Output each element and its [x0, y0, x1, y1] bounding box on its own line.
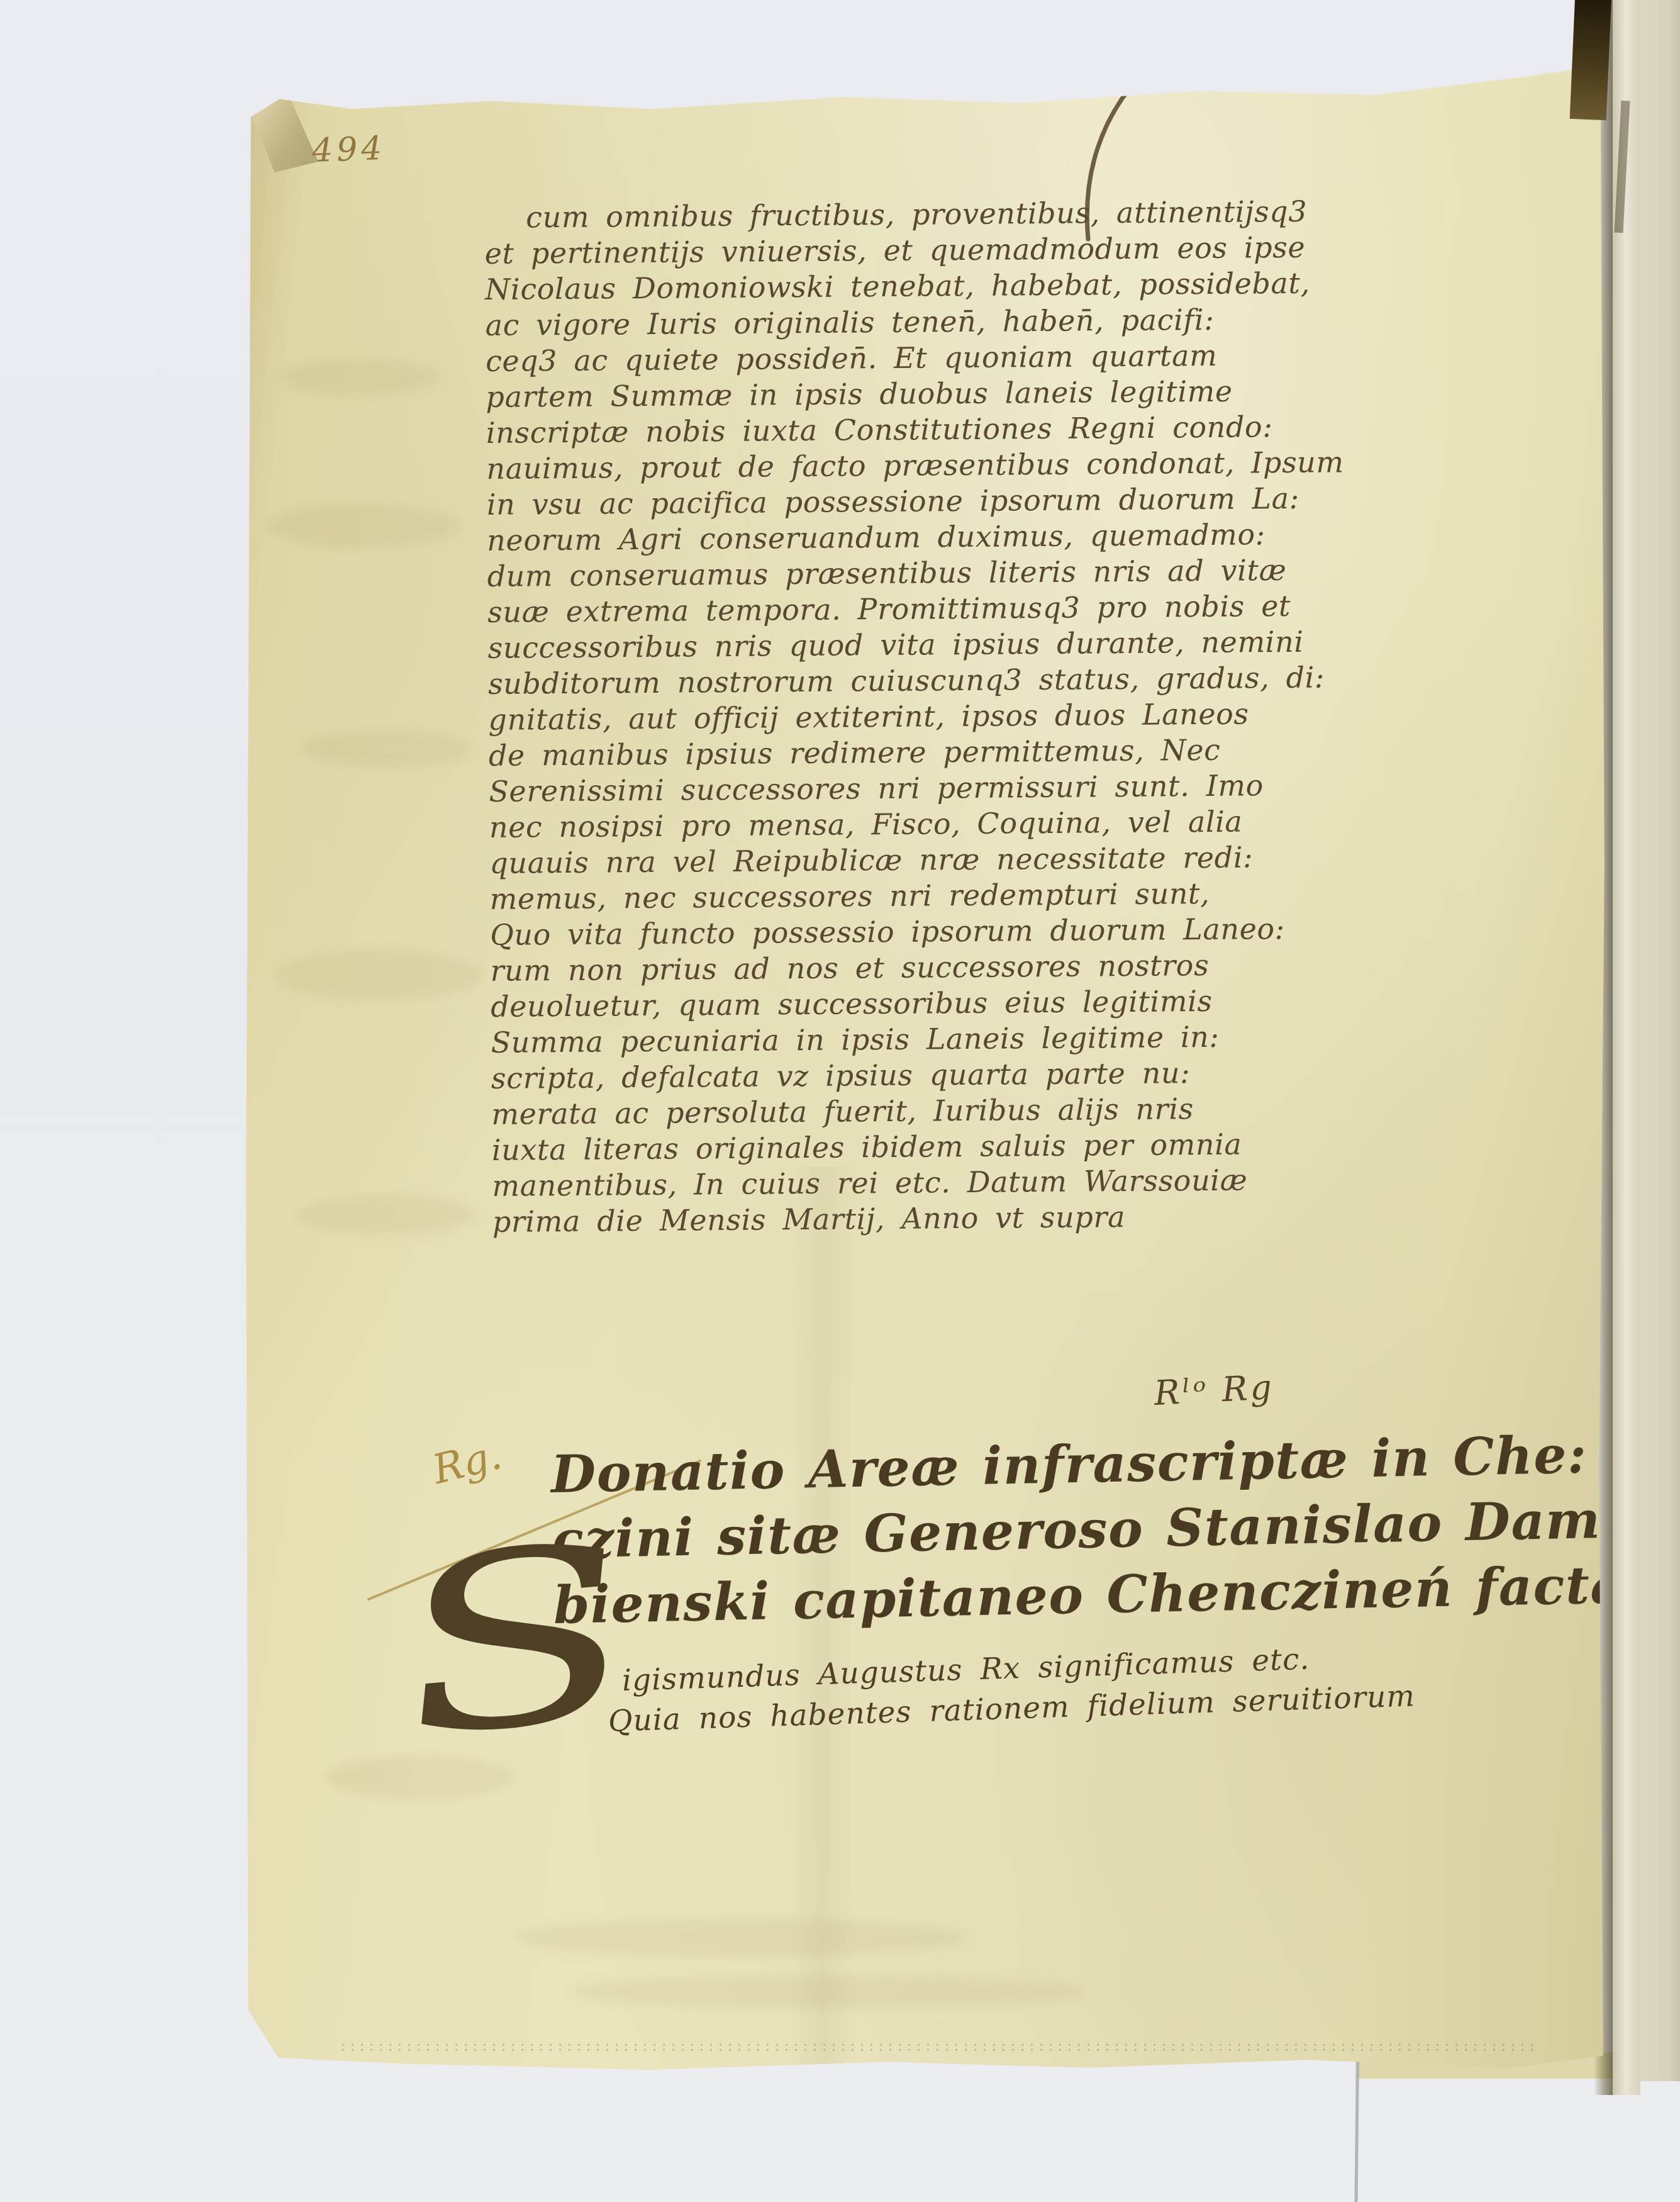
- bottom-edge-speckles: [338, 2042, 1533, 2051]
- folded-corner: [248, 96, 318, 172]
- bleedthrough-smudge: [275, 950, 483, 1000]
- bleedthrough-smudge: [298, 1195, 474, 1234]
- body-text: cum omnibus fructibus, proventibus, atti…: [484, 191, 1599, 1240]
- bleedthrough-smudge: [279, 359, 442, 396]
- facing-page-edge: [1640, 0, 1680, 2081]
- bleedthrough-smudge: [301, 730, 470, 768]
- bleedthrough-smudge: [515, 1919, 967, 1957]
- glass-edge-highlight: [1613, 0, 1640, 2095]
- opening-text: igismundus Augustus Rx significamus etc.…: [621, 1636, 1416, 1741]
- closing-mark: Rˡᵒ Rg: [1153, 1367, 1275, 1413]
- folio-number: 494: [311, 130, 386, 170]
- bookmark-ribbon: [1570, 0, 1612, 120]
- bleedthrough-smudge: [571, 1976, 1087, 2008]
- heading: Donatio Areæ infrascriptæ in Che: czini …: [550, 1421, 1644, 1638]
- bleedthrough-smudge: [266, 503, 461, 549]
- manuscript-page: 494 cum omnibus fructibus, proventibus, …: [244, 63, 1606, 2070]
